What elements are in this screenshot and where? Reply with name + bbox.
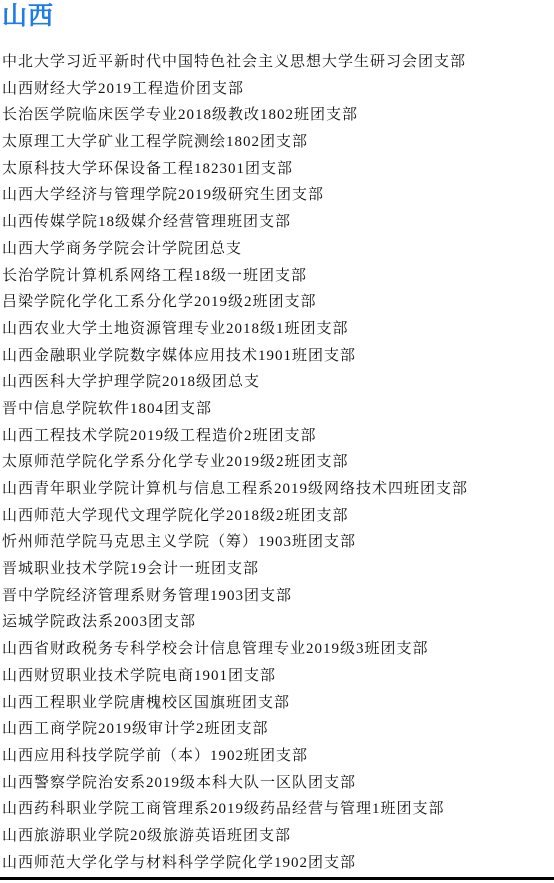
list-item: 山西工程职业学院唐槐校区国旗班团支部 xyxy=(2,690,554,717)
document-page: 山西 中北大学习近平新时代中国特色社会主义思想大学生研习会团支部 山西财经大学2… xyxy=(0,0,554,883)
list-item: 山西工程技术学院2019级工程造价2班团支部 xyxy=(2,423,554,450)
list-item: 山西师范大学现代文理学院化学2018级2班团支部 xyxy=(2,503,554,530)
list-item: 山西青年职业学院计算机与信息工程系2019级网络技术四班团支部 xyxy=(2,476,554,503)
list-item: 山西应用科技学院学前（本）1902班团支部 xyxy=(2,743,554,770)
list-item: 山西医科大学护理学院2018级团总支 xyxy=(2,369,554,396)
list-item: 山西财贸职业技术学院电商1901团支部 xyxy=(2,663,554,690)
province-heading: 山西 xyxy=(2,1,54,31)
list-item: 晋城职业技术学院19会计一班团支部 xyxy=(2,556,554,583)
list-item: 山西药科职业学院工商管理系2019级药品经营与管理1班团支部 xyxy=(2,796,554,823)
list-item: 中北大学习近平新时代中国特色社会主义思想大学生研习会团支部 xyxy=(2,49,554,76)
list-item: 太原师范学院化学系分化学专业2019级2班团支部 xyxy=(2,449,554,476)
list-item: 山西省财政税务专科学校会计信息管理专业2019级3班团支部 xyxy=(2,636,554,663)
branch-list: 中北大学习近平新时代中国特色社会主义思想大学生研习会团支部 山西财经大学2019… xyxy=(2,49,554,876)
list-item: 山西旅游职业学院20级旅游英语班团支部 xyxy=(2,823,554,850)
list-item: 山西传媒学院18级媒介经营管理班团支部 xyxy=(2,209,554,236)
list-item: 太原理工大学矿业工程学院测绘1802团支部 xyxy=(2,129,554,156)
list-item: 长治学院计算机系网络工程18级一班团支部 xyxy=(2,263,554,290)
list-item: 晋中信息学院软件1804团支部 xyxy=(2,396,554,423)
list-item: 山西警察学院治安系2019级本科大队一区队团支部 xyxy=(2,770,554,797)
bottom-divider xyxy=(0,877,554,880)
list-item: 山西工商学院2019级审计学2班团支部 xyxy=(2,716,554,743)
list-item: 山西大学商务学院会计学院团总支 xyxy=(2,236,554,263)
list-item: 忻州师范学院马克思主义学院（筹）1903班团支部 xyxy=(2,529,554,556)
list-item: 长治医学院临床医学专业2018级教改1802班团支部 xyxy=(2,102,554,129)
list-item: 山西大学经济与管理学院2019级研究生团支部 xyxy=(2,182,554,209)
list-item: 山西农业大学土地资源管理专业2018级1班团支部 xyxy=(2,316,554,343)
list-item: 山西师范大学化学与材料科学学院化学1902团支部 xyxy=(2,850,554,877)
list-item: 太原科技大学环保设备工程182301团支部 xyxy=(2,156,554,183)
list-item: 运城学院政法系2003团支部 xyxy=(2,609,554,636)
list-item: 山西财经大学2019工程造价团支部 xyxy=(2,76,554,103)
list-item: 吕梁学院化学化工系分化学2019级2班团支部 xyxy=(2,289,554,316)
list-item: 晋中学院经济管理系财务管理1903团支部 xyxy=(2,583,554,610)
list-item: 山西金融职业学院数字媒体应用技术1901班团支部 xyxy=(2,343,554,370)
